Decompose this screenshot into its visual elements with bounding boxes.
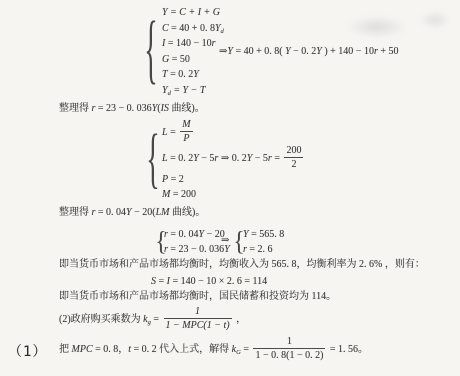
equilibrium-statement: 即当货币市场和产品市场都均衡时，均衡收入为 565. 8，均衡利率为 2. 6%… bbox=[59, 258, 425, 271]
left-brace-glyph: { bbox=[144, 13, 157, 90]
implies-arrow: ⇒ bbox=[221, 234, 229, 247]
scan-artifact bbox=[420, 12, 450, 28]
system-brace: { bbox=[146, 6, 156, 97]
problem-number-label: （1） bbox=[8, 346, 47, 359]
eq-consumption: C = 40 + 0. 8Yd bbox=[162, 21, 224, 37]
solution-document-page: { Y = C + I + G C = 40 + 0. 8Yd I = 140 … bbox=[0, 0, 460, 376]
savings-statement: 即当货币市场和产品市场都均衡时，国民储蓄和投资均为 114。 bbox=[59, 290, 336, 303]
lm-curve-equation: 整理得 r = 0. 04Y − 20(LM 曲线)。 bbox=[59, 206, 205, 219]
government-multiplier-definition: (2)政府购买乘数为 kg = 11 − MPC(1 − t) ， bbox=[59, 306, 246, 334]
is-curve-equation: 整理得 r = 23 − 0. 036Y(IS 曲线)。 bbox=[59, 102, 205, 115]
fraction: 11 − MPC(1 − t) bbox=[164, 306, 232, 331]
eq-money-demand: L = 0. 2Y − 5r ⇒ 0. 2Y − 5r = 2002 bbox=[162, 146, 305, 172]
is-equation-system: Y = C + I + G C = 40 + 0. 8Yd I = 140 − … bbox=[162, 5, 224, 98]
eq-equilibrium-income: Y = 565. 8 bbox=[243, 227, 284, 242]
fraction: 11 − 0. 8(1 − 0. 2) bbox=[253, 336, 325, 361]
fraction: MP bbox=[180, 119, 192, 144]
left-brace-glyph: { bbox=[146, 127, 159, 194]
is-substitution-result: ⇒Y = 40 + 0. 8( Y − 0. 2Y ) + 140 − 10r … bbox=[219, 45, 398, 58]
equilibrium-system-right: Y = 565. 8 r = 2. 6 bbox=[243, 227, 284, 257]
scan-artifact bbox=[346, 16, 408, 38]
system-brace: { bbox=[148, 121, 158, 201]
eq-price-level: P = 2 bbox=[162, 172, 305, 187]
eq-real-money-supply: L = MP bbox=[162, 119, 305, 146]
eq-money-stock: M = 200 bbox=[162, 187, 305, 203]
savings-investment-identity: S = I = 140 − 10 × 2. 6 = 114 bbox=[151, 275, 267, 288]
eq-disposable-income: Yd = Y − T bbox=[162, 83, 224, 99]
government-multiplier-calculation: 把 MPC = 0. 8，t = 0. 2 代入上式，解得 kG = 11 − … bbox=[59, 336, 368, 364]
eq-income-identity: Y = C + I + G bbox=[162, 5, 224, 21]
eq-is: r = 23 − 0. 036Y bbox=[164, 242, 230, 257]
eq-tax: T = 0. 2Y bbox=[162, 67, 224, 83]
equilibrium-system-left: r = 0. 04Y − 20 r = 23 − 0. 036Y bbox=[164, 227, 230, 257]
eq-government: G = 50 bbox=[162, 52, 224, 68]
eq-equilibrium-rate: r = 2. 6 bbox=[243, 242, 284, 257]
lm-equation-system: L = MP L = 0. 2Y − 5r ⇒ 0. 2Y − 5r = 200… bbox=[162, 119, 305, 203]
eq-lm: r = 0. 04Y − 20 bbox=[164, 227, 230, 242]
eq-investment: I = 140 − 10r bbox=[162, 36, 224, 52]
fraction: 2002 bbox=[284, 145, 303, 170]
